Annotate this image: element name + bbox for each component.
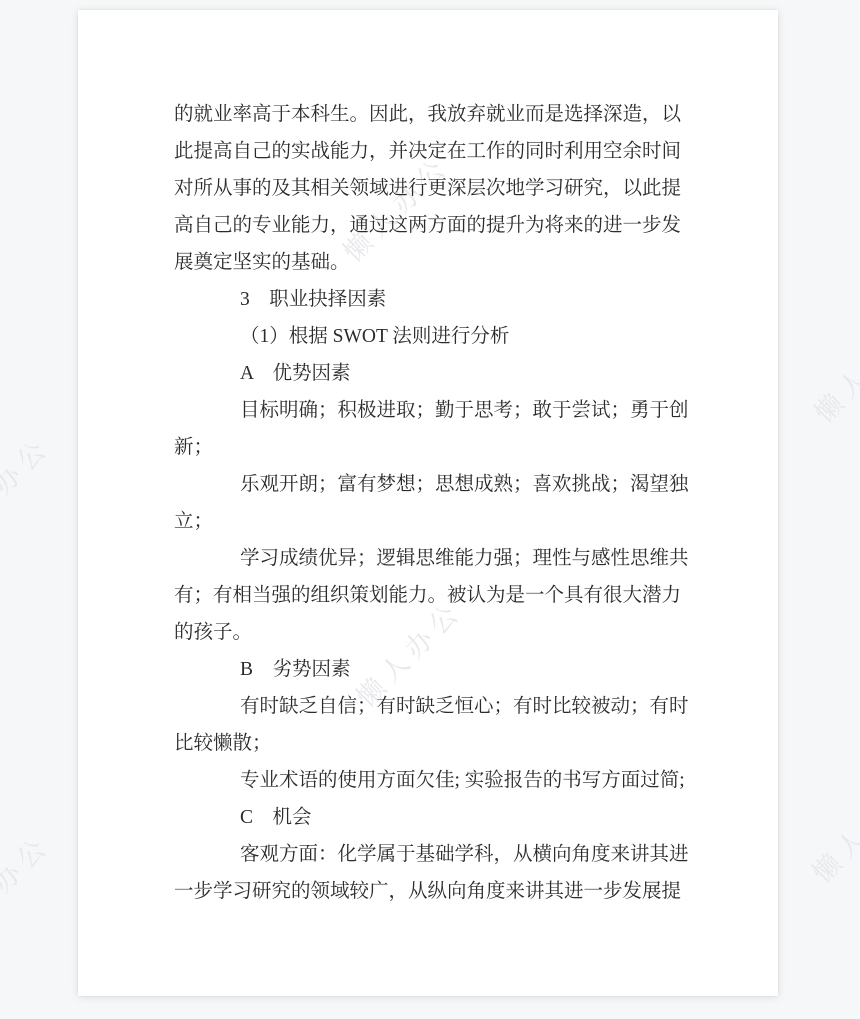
watermark: 懒人办公 [804, 306, 860, 430]
text-line: 学习成绩优异；逻辑思维能力强；理性与感性思维共 [174, 540, 686, 577]
text-line: 对所从事的及其相关领域进行更深层次地学习研究，以此提 [174, 170, 686, 207]
document-viewer-canvas: 懒人办公 懒人办公 懒人办公 懒人办公 懒人办公 懒人办公 的就业率高于本科生。… [0, 0, 860, 1019]
text-line: 目标明确；积极进取；勤于思考；敢于尝试；勇于创 [174, 392, 686, 429]
text-line: B 劣势因素 [174, 651, 686, 688]
text-line: 有时缺乏自信；有时缺乏恒心；有时比较被动；有时 [174, 688, 686, 725]
text-line: 此提高自己的实战能力，并决定在工作的同时利用空余时间 [174, 133, 686, 170]
text-line: 一步学习研究的领域较广，从纵向角度来讲其进一步发展提 [174, 873, 686, 910]
text-line: 展奠定坚实的基础。 [174, 244, 686, 281]
text-line: 高自己的专业能力，通过这两方面的提升为将来的进一步发 [174, 207, 686, 244]
text-line: 的就业率高于本科生。因此，我放弃就业而是选择深造，以 [174, 96, 686, 133]
text-line: 新； [174, 429, 686, 466]
text-line: C 机会 [174, 799, 686, 836]
text-line: 立； [174, 503, 686, 540]
text-line: 的孩子。 [174, 614, 686, 651]
text-line: A 优势因素 [174, 355, 686, 392]
text-line: （1）根据 SWOT 法则进行分析 [174, 318, 686, 355]
watermark: 懒人办公 [0, 824, 58, 948]
watermark: 懒人办公 [0, 426, 58, 550]
text-line: 专业术语的使用方面欠佳; 实验报告的书写方面过简; [174, 762, 686, 799]
text-line: 比较懒散； [174, 725, 686, 762]
text-line: 客观方面：化学属于基础学科，从横向角度来讲其进 [174, 836, 686, 873]
text-line: 3 职业抉择因素 [174, 281, 686, 318]
document-text: 的就业率高于本科生。因此，我放弃就业而是选择深造，以此提高自己的实战能力，并决定… [174, 96, 686, 910]
watermark: 懒人办公 [802, 766, 860, 890]
text-line: 有；有相当强的组织策划能力。被认为是一个具有很大潜力 [174, 577, 686, 614]
text-line: 乐观开朗；富有梦想；思想成熟；喜欢挑战；渴望独 [174, 466, 686, 503]
